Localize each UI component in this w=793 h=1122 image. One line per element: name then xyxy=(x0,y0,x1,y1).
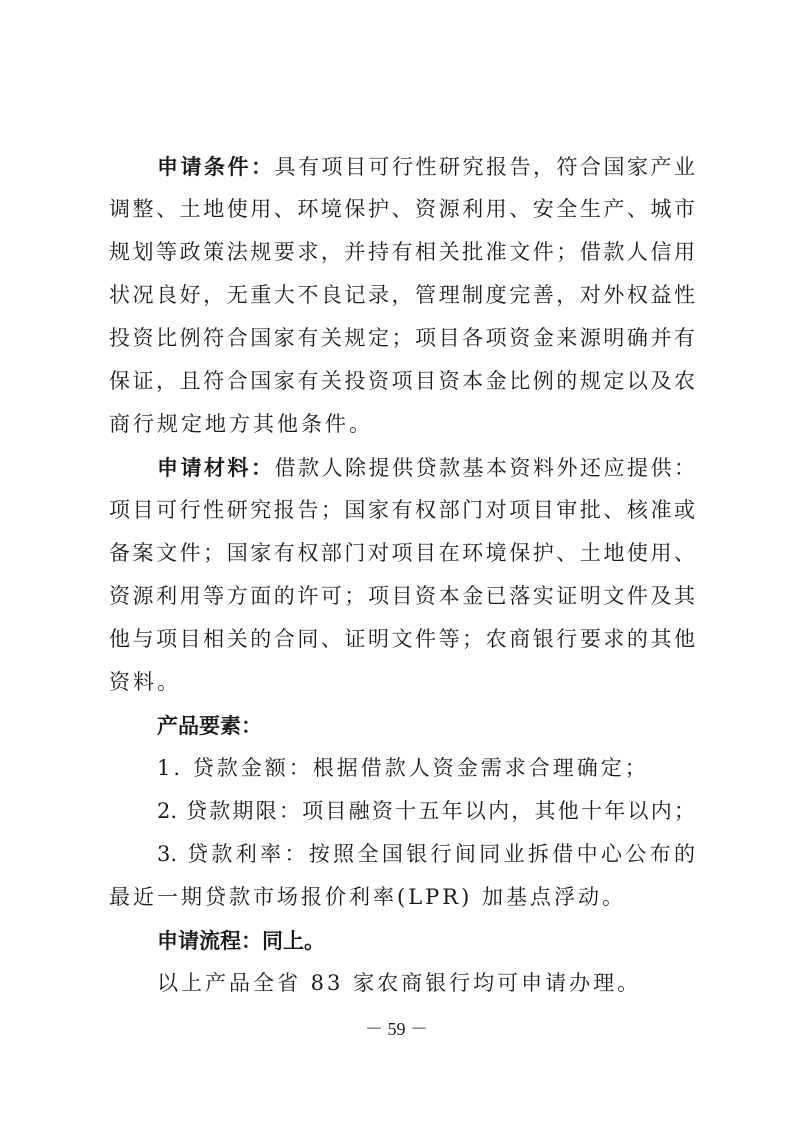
materials-line: 资料。 xyxy=(109,661,181,704)
materials-line: 资源利用等方面的许可；项目资本金已落实证明文件及其 xyxy=(109,575,695,618)
materials-line: 备案文件；国家有权部门对项目在环境保护、土地使用、 xyxy=(109,532,695,575)
conditions-line: 状况良好，无重大不良记录，管理制度完善，对外权益性 xyxy=(109,274,695,317)
elements-item-amount: 1. 贷款金额：根据借款人资金需求合理确定； xyxy=(157,747,649,790)
materials-paragraph-line-1: 申请材料：借款人除提供贷款基本资料外还应提供： xyxy=(157,446,695,489)
conditions-line: 规划等政策法规要求，并持有相关批准文件；借款人信用 xyxy=(109,231,695,274)
availability-note: 以上产品全省 83 家农商银行均可申请办理。 xyxy=(157,962,641,1005)
page-number: － 59 － xyxy=(0,1015,793,1041)
conditions-line: 商行规定地方其他条件。 xyxy=(109,403,373,446)
elements-item-rate: 3. 贷款利率：按照全国银行间同业拆借中心公布的 xyxy=(157,833,695,876)
elements-item-term: 2. 贷款期限：项目融资十五年以内，其他十年以内； xyxy=(157,790,695,833)
conditions-paragraph-line-1: 申请条件：具有项目可行性研究报告，符合国家产业 xyxy=(157,145,695,188)
conditions-heading: 申请条件： xyxy=(157,154,275,179)
conditions-line: 保证，且符合国家有关投资项目资本金比例的规定以及农 xyxy=(109,360,695,403)
elements-heading: 产品要素： xyxy=(157,704,262,747)
conditions-line: 投资比例符合国家有关规定；项目各项资金来源明确并有 xyxy=(109,317,695,360)
conditions-text: 具有项目可行性研究报告，符合国家产业 xyxy=(275,155,696,179)
materials-text: 借款人除提供贷款基本资料外还应提供： xyxy=(275,456,696,480)
process-heading: 申请流程：同上。 xyxy=(157,919,325,962)
materials-heading: 申请材料： xyxy=(157,455,275,480)
conditions-line: 调整、土地使用、环境保护、资源利用、安全生产、城市 xyxy=(109,188,695,231)
materials-line: 项目可行性研究报告；国家有权部门对项目审批、核准或 xyxy=(109,489,695,532)
materials-line: 他与项目相关的合同、证明文件等；农商银行要求的其他 xyxy=(109,618,695,661)
elements-item-rate-continuation: 最近一期贷款市场报价利率(LPR) 加基点浮动。 xyxy=(109,876,626,919)
